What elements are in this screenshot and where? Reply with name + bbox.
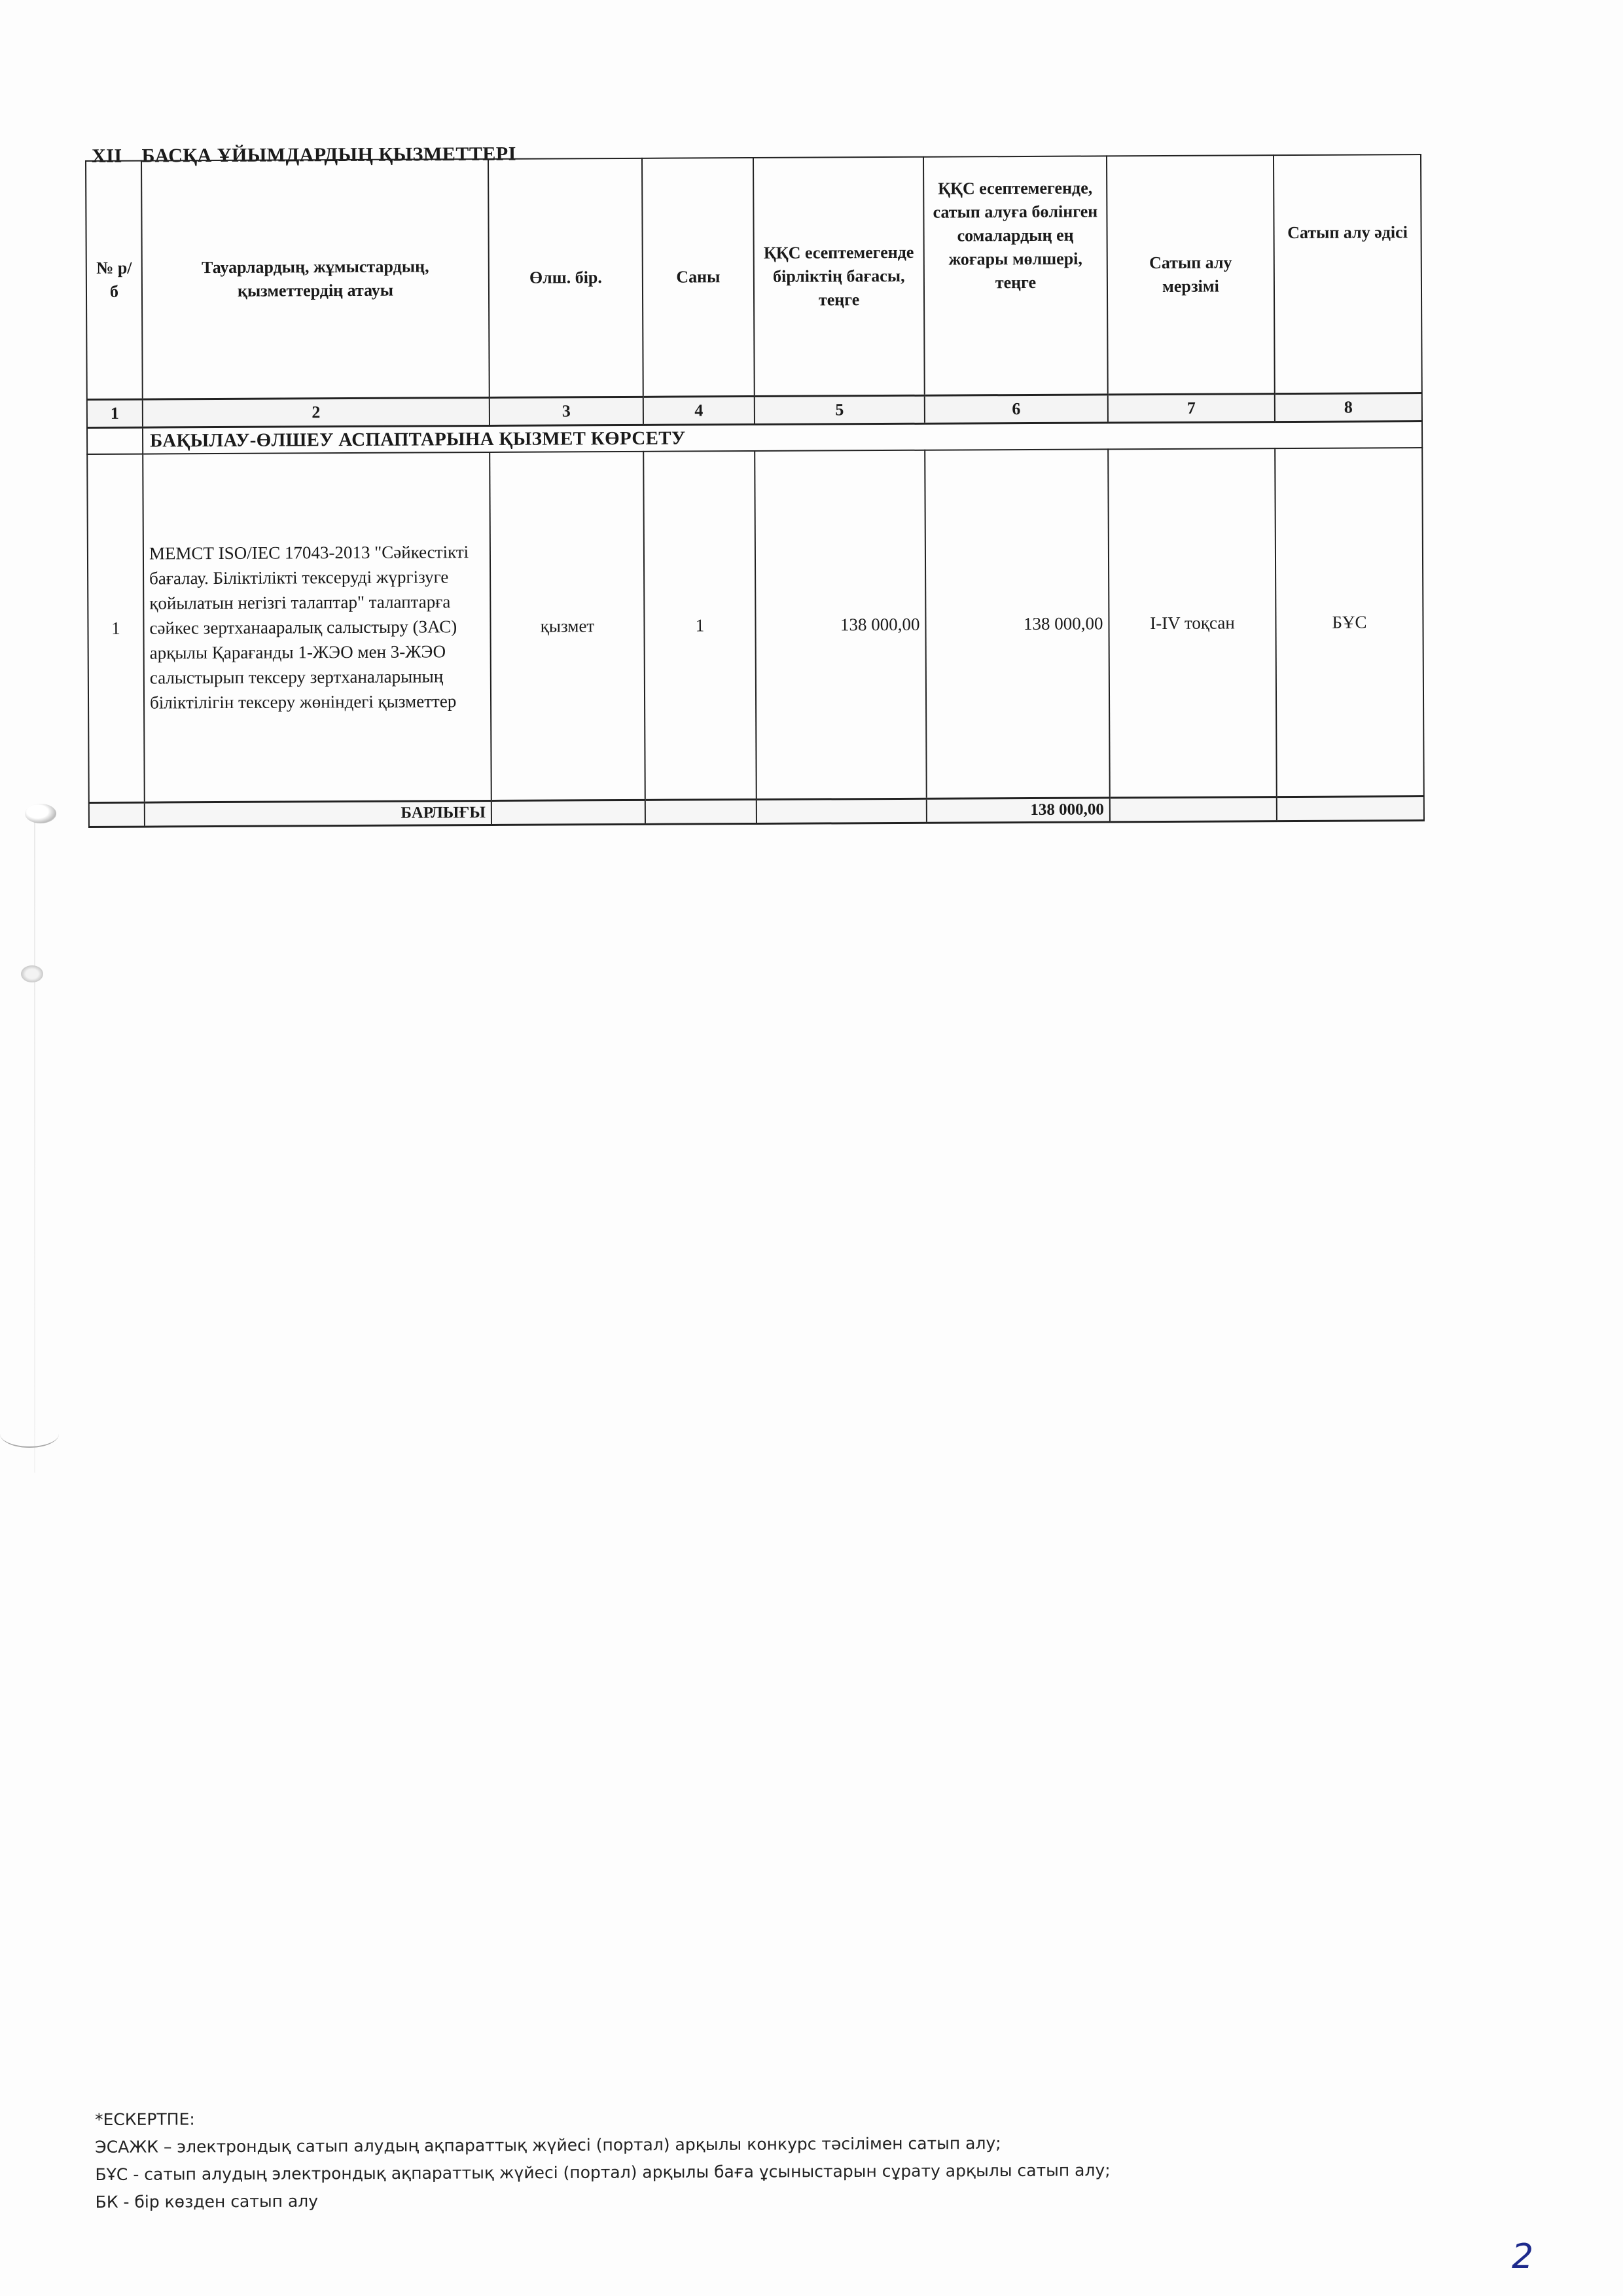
binder-hole-mark — [0, 1420, 59, 1448]
col-header-number: № р/б — [86, 161, 143, 400]
total-empty-cell — [89, 802, 145, 827]
total-empty-cell — [491, 800, 645, 825]
column-number: 6 — [925, 395, 1108, 423]
binder-hole-mark — [21, 965, 43, 982]
column-number: 5 — [755, 395, 925, 424]
total-empty-cell — [757, 798, 927, 823]
row-term: I-IV тоқсан — [1108, 448, 1277, 798]
column-number: 1 — [87, 399, 143, 427]
document-page: XII БАСҚА ҰЙЫМДАРДЫҢ ҚЫЗМЕТТЕРІ № р/б Та… — [0, 0, 1623, 2296]
table-row: 1 МЕМСТ ISO/IEC 17043-2013 "Сәйкестікті … — [87, 448, 1424, 802]
handwritten-page-number: 2 — [1512, 2237, 1533, 2276]
column-number: 4 — [643, 397, 755, 425]
footnote-line: ЭСАЖК – электрондық сатып алудың ақпарат… — [95, 2129, 1110, 2161]
total-empty-cell — [1277, 797, 1424, 821]
procurement-table-wrap: № р/б Тауарлардың, жұмыстардың, қызметте… — [85, 154, 1425, 828]
row-qty: 1 — [643, 451, 757, 800]
total-empty-cell — [645, 799, 757, 824]
scan-edge-line — [34, 818, 35, 1473]
column-number: 3 — [490, 397, 643, 425]
row-method: БҰС — [1275, 448, 1424, 797]
col-header-name: Тауарлардың, жұмыстардың, қызметтердің а… — [141, 159, 490, 399]
group-empty-cell — [87, 427, 143, 454]
row-max-sum: 138 000,00 — [925, 449, 1110, 798]
footnotes: *ЕСКЕРТПЕ: ЭСАЖК – электрондық сатып алу… — [95, 2102, 1111, 2216]
column-number: 8 — [1275, 393, 1422, 422]
col-header-unit: Өлш. бір. — [488, 158, 643, 398]
row-unit-price: 138 000,00 — [755, 450, 927, 800]
col-header-qty: Саны — [642, 158, 755, 397]
footnote-title: *ЕСКЕРТПЕ: — [95, 2102, 1110, 2134]
row-number: 1 — [87, 454, 145, 803]
footnote-line: БК - бір көзден сатып алу — [96, 2184, 1111, 2216]
col-header-max-sum: ҚҚС есептемегенде, сатып алуға бөлінген … — [923, 156, 1108, 395]
procurement-table: № р/б Тауарлардың, жұмыстардың, қызметте… — [85, 154, 1425, 828]
col-header-term: Сатып алу мерзімі — [1107, 155, 1275, 395]
total-sum: 138 000,00 — [927, 798, 1110, 823]
column-number: 2 — [143, 397, 490, 427]
col-header-method: Сатып алу әдісі — [1274, 154, 1422, 394]
header-row: № р/б Тауарлардың, жұмыстардың, қызметте… — [86, 154, 1422, 399]
footnote-line: БҰС - сатып алудың электрондық ақпаратты… — [95, 2157, 1110, 2189]
total-label: БАРЛЫҒЫ — [145, 800, 491, 827]
binder-hole-mark — [25, 804, 56, 823]
row-unit: қызмет — [490, 452, 645, 801]
row-name: МЕМСТ ISO/IEC 17043-2013 "Сәйкестікті ба… — [143, 452, 491, 802]
column-number: 7 — [1108, 394, 1275, 423]
total-empty-cell — [1110, 797, 1277, 822]
col-header-unit-price: ҚҚС есептемегенде бірліктің бағасы, теңг… — [753, 157, 925, 397]
